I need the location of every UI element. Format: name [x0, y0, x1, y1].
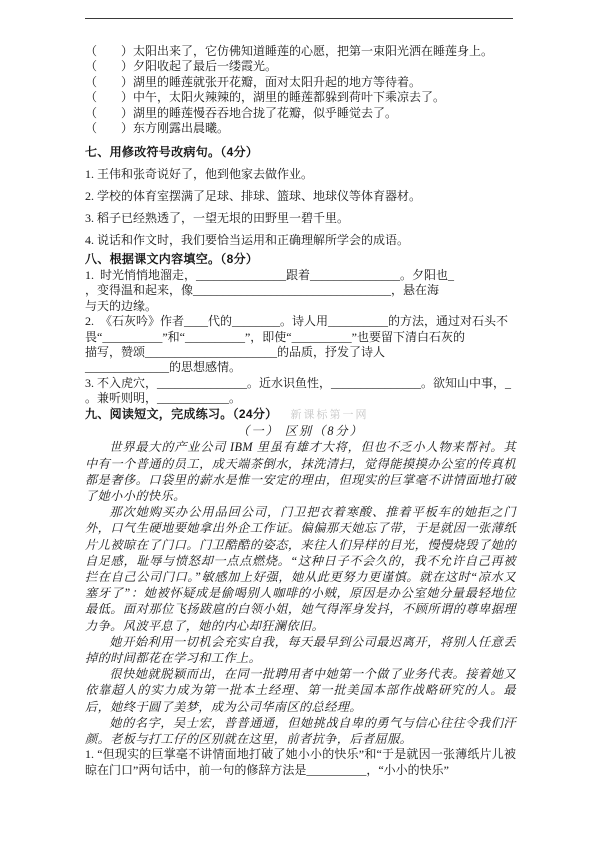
passage-title: （一） 区别（8分） — [85, 423, 516, 440]
fill-blank-line: 2. 《石灰吟》作者____代的________。诗人用__________的方… — [85, 314, 516, 329]
fill-blank-line: ，变得温和起来，像_______________________________… — [85, 283, 516, 298]
fill-blank-line: 。兼听则明，____________。 — [85, 391, 516, 406]
top-rule — [85, 18, 513, 19]
sequence-item: （ ）夕阳收起了最后一缕霞光。 — [85, 59, 516, 74]
correction-item: 4. 说话和作文时，我们要恰当运用和正确理解所学会的成语。 — [85, 233, 516, 248]
passage-paragraph: 世界最大的产业公司 IBM 里虽有雄才大将，但也不乏小人物来帮衬。其中有一个普通… — [85, 439, 516, 504]
passage: 世界最大的产业公司 IBM 里虽有雄才大将，但也不乏小人物来帮衬。其中有一个普通… — [85, 439, 516, 747]
section-seven-title: 七、用修改符号改病句。（4分） — [85, 145, 516, 160]
correction-item: 1. 王伟和张奇说好了，他到他家去做作业。 — [85, 167, 516, 182]
watermark: 新课标第一网 — [290, 409, 368, 421]
fill-blank-section: 1. 时光悄悄地溜走，_______________跟着____________… — [85, 268, 516, 407]
sequence-item: （ ）湖里的睡莲慢吞吞地合拢了花瓣，似乎睡觉去了。 — [85, 106, 516, 121]
sequencing-section: （ ）太阳出来了，它仿佛知道睡莲的心愿，把第一束阳光洒在睡莲身上。 （ ）夕阳收… — [85, 44, 516, 136]
fill-blank-line: 畏“__________”和“__________”，即使“__________… — [85, 330, 516, 345]
correction-section: 1. 王伟和张奇说好了，他到他家去做作业。 2. 学校的体育室摆满了足球、排球、… — [85, 167, 516, 248]
section-nine-title: 九、阅读短文，完成练习。（24分） — [85, 407, 277, 421]
passage-paragraph: 她开始利用一切机会充实自我，每天最早到公司最迟离开，将别人任意丢掉的时间都花在学… — [85, 634, 516, 666]
correction-item: 3. 稻子已经熟透了，一望无垠的田野里一碧千里。 — [85, 211, 516, 226]
passage-paragraph: 很快她就脱颖而出，在同一批聘用者中她第一个做了业务代表。接着她又依靠超人的实力成… — [85, 666, 516, 715]
sequence-item: （ ）中午，太阳火辣辣的，湖里的睡莲都躲到荷叶下乘凉去了。 — [85, 90, 516, 105]
passage-paragraph: 她的名字，吴士宏，普普通通，但她挑战自卑的勇气与信心往往令我们汗颜。老板与打工仔… — [85, 715, 516, 747]
passage-paragraph: 那次她购买办公用品回公司，门卫把衣着寒酸、推着平板车的她拒之门外，口气生硬地要她… — [85, 504, 516, 634]
correction-item: 2. 学校的体育室摆满了足球、排球、篮球、地球仪等体育器材。 — [85, 189, 516, 204]
fill-blank-line: 描写，赞颂______________________的品质，抒发了诗人 — [85, 345, 516, 360]
section-nine-header: 九、阅读短文，完成练习。（24分） 新课标第一网 — [85, 407, 516, 423]
fill-blank-line: 1. 时光悄悄地溜走，_______________跟着____________… — [85, 268, 516, 283]
sequence-item: （ ）湖里的睡莲就张开花瓣，面对太阳升起的地方等待着。 — [85, 75, 516, 90]
section-eight-title: 八、根据课文内容填空。（8分） — [85, 252, 516, 267]
exam-page: （ ）太阳出来了，它仿佛知道睡莲的心愿，把第一束阳光洒在睡莲身上。 （ ）夕阳收… — [0, 0, 596, 842]
sequence-item: （ ）东方刚露出晨曦。 — [85, 121, 516, 136]
fill-blank-line: 与天的边缘。 — [85, 299, 516, 314]
exam-content: （ ）太阳出来了，它仿佛知道睡莲的心愿，把第一束阳光洒在睡莲身上。 （ ）夕阳收… — [85, 44, 516, 778]
sequence-item: （ ）太阳出来了，它仿佛知道睡莲的心愿，把第一束阳光洒在睡莲身上。 — [85, 44, 516, 59]
question-text: 1. “但现实的巨掌毫不讲情面地打破了她小小的快乐”和“于是就因一张薄纸片儿被晾… — [85, 747, 516, 778]
fill-blank-line: ______________的思想感情。 — [85, 360, 516, 375]
fill-blank-line: 3. 不入虎穴，_______________。近水识鱼性，__________… — [85, 376, 516, 391]
